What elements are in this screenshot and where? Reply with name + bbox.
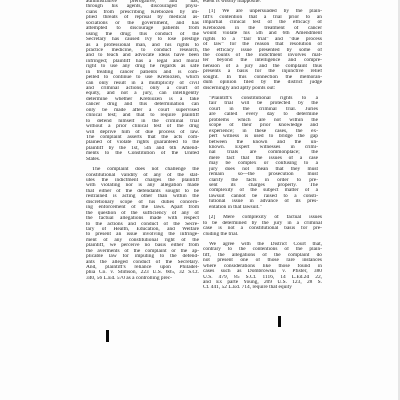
- document-page: administrative prerogative, and has,thro…: [0, 0, 400, 400]
- text-line: Ct. 441, 52 L.Ed. 714, require that equi…: [203, 285, 322, 290]
- block-quote: "Plaintiff's constitutional rights to af…: [203, 96, 322, 210]
- redaction-mark-right: [278, 316, 281, 327]
- text-line: ments to the Constitution of the United: [86, 151, 199, 156]
- redaction-mark-left: [106, 330, 109, 342]
- right-column: edent is wholly inapposite.[1] We are un…: [203, 0, 322, 291]
- left-column: administrative prerogative, and has,thro…: [86, 0, 199, 281]
- text-line: 340, 56 L.Ed. 570 as a controlling prec-: [86, 276, 199, 281]
